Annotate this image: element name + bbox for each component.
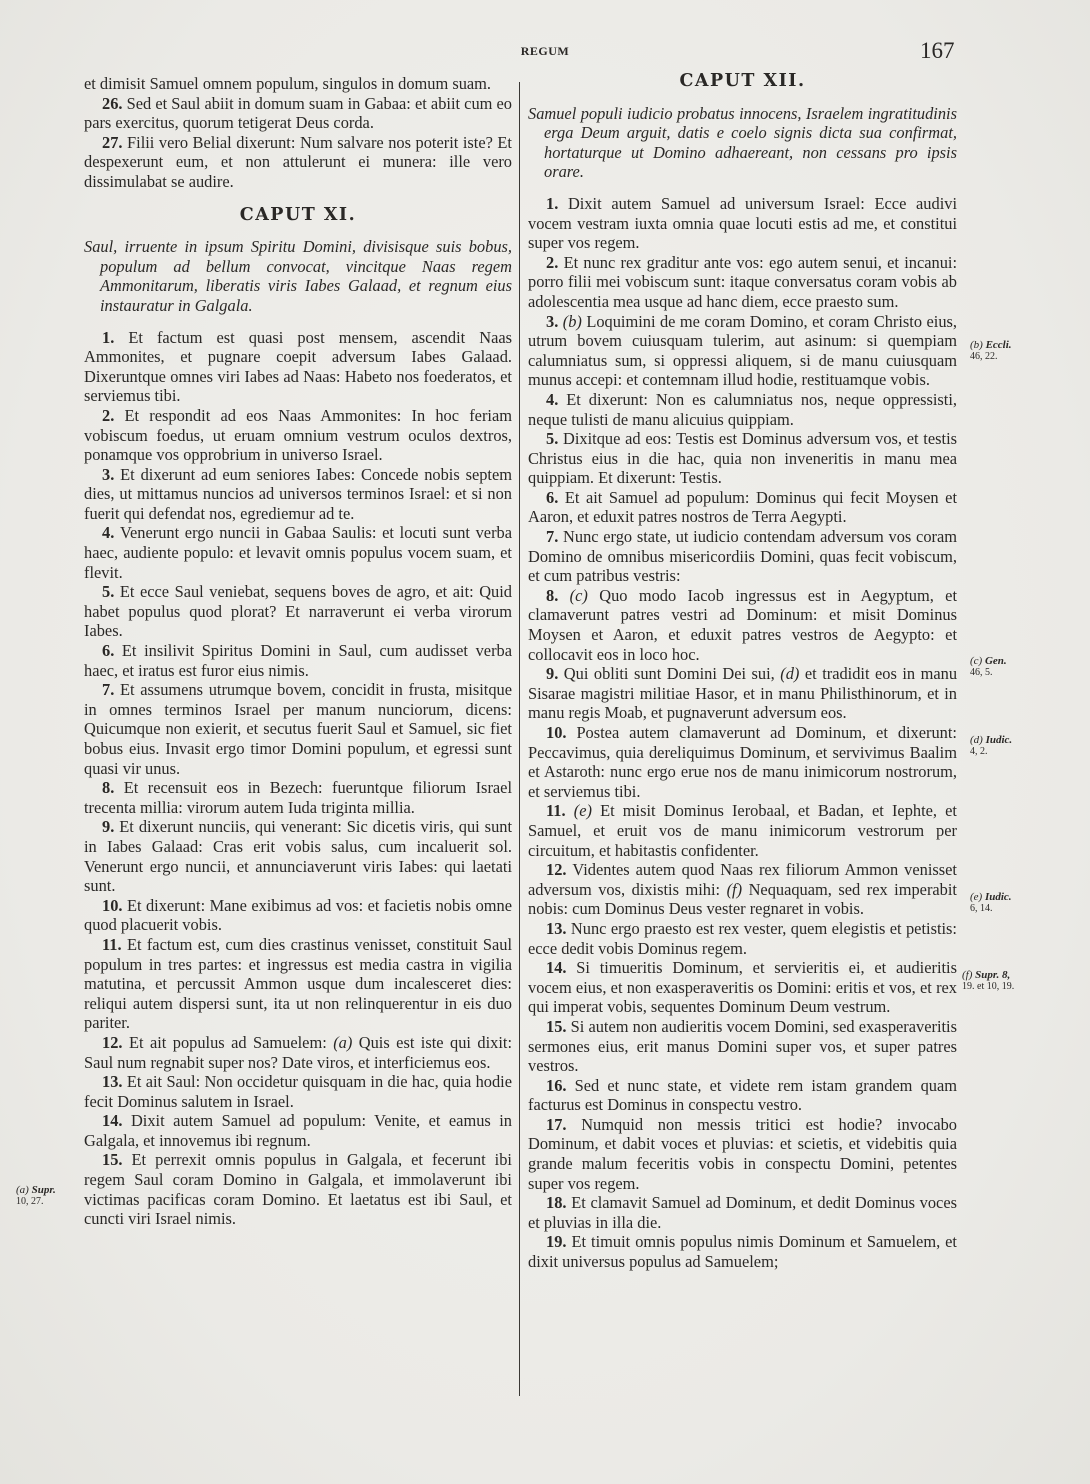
verse: 3. Et dixerunt ad eum seniores Iabes: Co… bbox=[84, 465, 512, 524]
verses-chapter-xi: 1. Et factum est quasi post mensem, asce… bbox=[84, 328, 512, 1229]
verse: 7. Et assumens utrumque bovem, concidit … bbox=[84, 680, 512, 778]
verse-number: 7. bbox=[546, 527, 563, 546]
verse-number: 18. bbox=[546, 1193, 571, 1212]
verse: 17. Numquid non messis tritici est hodie… bbox=[528, 1115, 957, 1193]
verse: 6. Et ait Samuel ad populum: Dominus qui… bbox=[528, 488, 957, 527]
verse: 7. Nunc ergo state, ut iudicio contendam… bbox=[528, 527, 957, 586]
verse: 4. Et dixerunt: Non es calumniatus nos, … bbox=[528, 390, 957, 429]
verse: 15. Et perrexit omnis populus in Galgala… bbox=[84, 1150, 512, 1228]
verse: 13. Et ait Saul: Non occidetur quisquam … bbox=[84, 1072, 512, 1111]
verse-number: 27. bbox=[102, 133, 127, 152]
verse: 9. Qui obliti sunt Domini Dei sui, (d) e… bbox=[528, 664, 957, 723]
verse-number: 9. bbox=[102, 817, 119, 836]
verse: 1. Et factum est quasi post mensem, asce… bbox=[84, 328, 512, 406]
verse: 4. Venerunt ergo nuncii in Gabaa Saulis:… bbox=[84, 523, 512, 582]
verse-number: 6. bbox=[546, 488, 565, 507]
note-reference: (f) bbox=[727, 880, 742, 899]
opening-verses: 26. Sed et Saul abiit in domum suam in G… bbox=[84, 94, 512, 192]
verse-number: 11. bbox=[546, 801, 574, 820]
verse: 14. Dixit autem Samuel ad populum: Venit… bbox=[84, 1111, 512, 1150]
verse: 1. Dixit autem Samuel ad universum Israe… bbox=[528, 194, 957, 253]
verse: 13. Nunc ergo praesto est rex vester, qu… bbox=[528, 919, 957, 958]
verse: 18. Et clamavit Samuel ad Dominum, et de… bbox=[528, 1193, 957, 1232]
column-divider bbox=[519, 82, 520, 1396]
verse-number: 1. bbox=[102, 328, 128, 347]
verse-number: 2. bbox=[546, 253, 564, 272]
verse-number: 26. bbox=[102, 94, 127, 113]
verses-chapter-xii: 1. Dixit autem Samuel ad universum Israe… bbox=[528, 194, 957, 1272]
verse: 9. Et dixerunt nunciis, qui venerant: Si… bbox=[84, 817, 512, 895]
verse: 10. Et dixerunt: Mane exibimus ad vos: e… bbox=[84, 896, 512, 935]
margin-note: (d) Iudic.4, 2. bbox=[970, 734, 1012, 758]
verse-number: 16. bbox=[546, 1076, 575, 1095]
verse-number: 9. bbox=[546, 664, 564, 683]
verse: 8. Et recensuit eos in Bezech: fueruntqu… bbox=[84, 778, 512, 817]
margin-note: (b) Eccli.46, 22. bbox=[970, 339, 1012, 363]
verse: 6. Et insilivit Spiritus Domini in Saul,… bbox=[84, 641, 512, 680]
chapter-summary-xi: Saul, irruente in ipsum Spiritu Domini, … bbox=[84, 237, 512, 315]
verse-number: 15. bbox=[546, 1017, 571, 1036]
note-reference: (c) bbox=[570, 586, 588, 605]
verse-number: 14. bbox=[546, 958, 576, 977]
book-page: REGUM 167 et dimisit Samuel omnem populu… bbox=[0, 0, 1090, 1484]
verse-number: 3. bbox=[546, 312, 563, 331]
verse-number: 8. bbox=[102, 778, 124, 797]
verse: 11. Et factum est, cum dies crastinus ve… bbox=[84, 935, 512, 1033]
verse-number: 2. bbox=[102, 406, 125, 425]
chapter-title-xi: CAPUT XI. bbox=[84, 206, 512, 226]
verse: 3. (b) Loquimini de me coram Domino, et … bbox=[528, 312, 957, 390]
right-column: CAPUT XII. Samuel populi iudicio probatu… bbox=[528, 74, 957, 1272]
verse: 2. Et nunc rex graditur ante vos: ego au… bbox=[528, 253, 957, 312]
verse: 8. (c) Quo modo Iacob ingressus est in A… bbox=[528, 586, 957, 664]
verse: 27. Filii vero Belial dixerunt: Num salv… bbox=[84, 133, 512, 192]
continuation-text: et dimisit Samuel omnem populum, singulo… bbox=[84, 74, 512, 94]
verse-number: 8. bbox=[546, 586, 570, 605]
margin-note: (c) Gen.46, 5. bbox=[970, 655, 1007, 679]
verse: 19. Et timuit omnis populus nimis Dominu… bbox=[528, 1232, 957, 1271]
verse: 5. Dixitque ad eos: Testis est Dominus a… bbox=[528, 429, 957, 488]
left-column: et dimisit Samuel omnem populum, singulo… bbox=[84, 74, 512, 1229]
verse: 15. Si autem non audieritis vocem Domini… bbox=[528, 1017, 957, 1076]
page-number: 167 bbox=[920, 38, 955, 64]
verse-number: 14. bbox=[102, 1111, 131, 1130]
verse-number: 17. bbox=[546, 1115, 581, 1134]
verse-number: 11. bbox=[102, 935, 127, 954]
verse: 10. Postea autem clamaverunt ad Dominum,… bbox=[528, 723, 957, 801]
note-reference: (e) bbox=[574, 801, 592, 820]
chapter-title-xii: CAPUT XII. bbox=[528, 72, 957, 92]
chapter-summary-xii: Samuel populi iudicio probatus innocens,… bbox=[528, 104, 957, 182]
verse-number: 12. bbox=[102, 1033, 129, 1052]
verse-number: 4. bbox=[546, 390, 566, 409]
verse-number: 1. bbox=[546, 194, 568, 213]
verse: 16. Sed et nunc state, et videte rem ist… bbox=[528, 1076, 957, 1115]
verse-number: 12. bbox=[546, 860, 572, 879]
note-reference: (b) bbox=[563, 312, 582, 331]
verse-number: 5. bbox=[546, 429, 563, 448]
margin-note: (a) Supr.10, 27. bbox=[16, 1184, 56, 1208]
verse-number: 10. bbox=[102, 896, 127, 915]
verse-number: 13. bbox=[546, 919, 571, 938]
verse-number: 5. bbox=[102, 582, 120, 601]
verse: 12. Videntes autem quod Naas rex filioru… bbox=[528, 860, 957, 919]
verse: 14. Si timueritis Dominum, et servieriti… bbox=[528, 958, 957, 1017]
note-reference: (d) bbox=[780, 664, 799, 683]
verse: 2. Et respondit ad eos Naas Ammonites: I… bbox=[84, 406, 512, 465]
verse-number: 15. bbox=[102, 1150, 132, 1169]
verse-number: 10. bbox=[546, 723, 576, 742]
verse-number: 13. bbox=[102, 1072, 127, 1091]
verse-number: 19. bbox=[546, 1232, 571, 1251]
verse: 11. (e) Et misit Dominus Ierobaal, et Ba… bbox=[528, 801, 957, 860]
verse-number: 6. bbox=[102, 641, 122, 660]
verse: 26. Sed et Saul abiit in domum suam in G… bbox=[84, 94, 512, 133]
margin-note: (f) Supr. 8,19. et 10, 19. bbox=[962, 969, 1014, 993]
verse: 5. Et ecce Saul veniebat, sequens boves … bbox=[84, 582, 512, 641]
margin-note: (e) Iudic.6, 14. bbox=[970, 891, 1012, 915]
verse-number: 4. bbox=[102, 523, 120, 542]
verse-number: 3. bbox=[102, 465, 120, 484]
verse: 12. Et ait populus ad Samuelem: (a) Quis… bbox=[84, 1033, 512, 1072]
verse-number: 7. bbox=[102, 680, 120, 699]
note-reference: (a) bbox=[333, 1033, 352, 1052]
